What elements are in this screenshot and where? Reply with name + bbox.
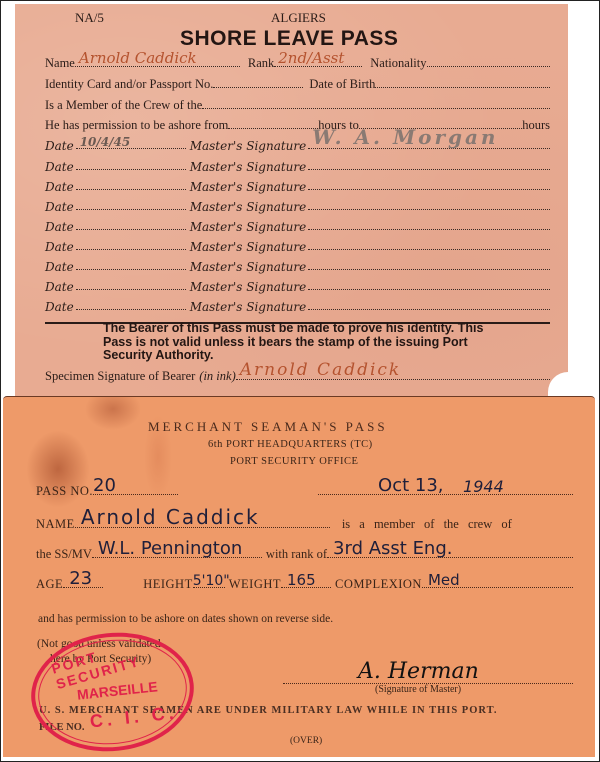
rank-label: Rank [248, 56, 274, 71]
stamp-top-text: PORT SECURITY [50, 624, 189, 692]
date-row: Date 10/4/45 Master's Signature W. A. Mo… [45, 133, 550, 153]
rank-field: 2nd/Asst [274, 65, 362, 67]
stamp-bottom-text: C. I. C. [89, 702, 179, 732]
master-signature-field [308, 249, 550, 250]
pass-no-label: PASS NO. [36, 484, 93, 499]
pass-no-field: 20 [93, 493, 178, 495]
name-field: Arnold Caddick [75, 65, 240, 67]
issue-date-value: Oct 13, [378, 475, 443, 496]
master-signature-caption: (Signature of Master) [375, 684, 461, 695]
headquarters-line: 6th PORT HEADQUARTERS (TC) [208, 439, 373, 450]
dob-field [375, 86, 550, 88]
complexion-label: COMPLEXION [335, 577, 422, 592]
master-signature-label: Master's Signature [190, 139, 307, 153]
date-field [76, 269, 186, 270]
age-field: 23 [63, 586, 103, 588]
date-row: Date Master's Signature [45, 254, 550, 274]
id-row: Identity Card and/or Passport No. Date o… [45, 72, 550, 92]
master-signature-field [308, 209, 550, 210]
specimen-signature-field: Arnold Caddick [236, 378, 550, 380]
complexion-field: Med [422, 586, 573, 588]
date-field [76, 249, 186, 250]
height-value: 5'10" [193, 573, 230, 589]
date-field: 10/4/45 [76, 148, 186, 149]
merchant-seamans-pass: MERCHANT SEAMAN'S PASS 6th PORT HEADQUAR… [3, 396, 595, 757]
ship-field: W.L. Pennington [92, 556, 262, 558]
master-signature-label: Master's Signature [190, 220, 307, 234]
name-rank-row: Name Arnold Caddick Rank 2nd/Asst Nation… [45, 51, 550, 71]
permission-text: and has permission to be ashore on dates… [38, 613, 333, 625]
date-row: Date Master's Signature [45, 194, 550, 214]
date-label: Date [45, 300, 74, 314]
issue-year-value: 1944 [463, 477, 504, 496]
master-signature-field [308, 189, 550, 190]
date-row: Date Master's Signature [45, 234, 550, 254]
date-field [76, 309, 186, 310]
date-label: Date [45, 160, 74, 174]
hours-label: hours [522, 118, 550, 133]
from-hours-field [228, 127, 318, 129]
rank-value: 2nd/Asst [278, 49, 344, 67]
ship-row: the SS/MV W.L. Pennington with rank of 3… [36, 542, 573, 562]
stamp-city-text: MARSEILLE [76, 678, 158, 702]
master-signature-label: Master's Signature [190, 240, 307, 254]
document-title: MERCHANT SEAMAN'S PASS [148, 419, 388, 435]
master-signature-label: Master's Signature [190, 280, 307, 294]
pass-number-row: PASS NO. 20 Oct 13, 1944 [36, 479, 573, 499]
master-signature-label: Master's Signature [190, 160, 307, 174]
rank-label: with rank of [266, 547, 327, 562]
weight-label: WEIGHT [229, 577, 281, 592]
weight-value: 165 [287, 571, 316, 589]
date-row: Date Master's Signature [45, 174, 550, 194]
master-signature-field [308, 289, 550, 290]
specimen-label: Specimen Signature of Bearer [45, 369, 195, 384]
master-signature-field [308, 309, 550, 310]
date-field [76, 169, 186, 170]
date-label: Date [45, 240, 74, 254]
age-label: AGE [36, 577, 63, 592]
ship-value: W.L. Pennington [98, 538, 242, 559]
height-label: HEIGHT [143, 577, 193, 592]
name-label: Name [45, 56, 75, 71]
name-label: NAME [36, 517, 75, 532]
date-label: Date [45, 280, 74, 294]
validity-notice: The Bearer of this Pass must be made to … [103, 322, 503, 363]
date-field [76, 209, 186, 210]
height-field: 5'10" [193, 586, 225, 588]
name-value: Arnold Caddick [79, 49, 197, 67]
office-line: PORT SECURITY OFFICE [230, 456, 358, 467]
over-label: (OVER) [290, 736, 322, 746]
master-signature: A. Herman [358, 659, 479, 684]
master-signature-value: W. A. Morgan [312, 125, 498, 149]
date-field [76, 289, 186, 290]
name-value: Arnold Caddick [81, 505, 260, 529]
date-label: Date [45, 180, 74, 194]
shore-leave-pass: NA/5 ALGIERS SHORE LEAVE PASS Name Arnol… [15, 4, 568, 396]
date-row: Date Master's Signature [45, 214, 550, 234]
rank-value: 3rd Asst Eng. [333, 538, 452, 559]
id-label: Identity Card and/or Passport No. [45, 77, 213, 92]
rank-field: 3rd Asst Eng. [327, 556, 573, 558]
specimen-signature-value: Arnold Caddick [240, 360, 401, 380]
crew-label: Is a Member of the Crew of the [45, 98, 202, 113]
master-signature-label: Master's Signature [190, 200, 307, 214]
master-signature-label: Master's Signature [190, 260, 307, 274]
date-label: Date [45, 139, 74, 153]
permission-label: He has permission to be ashore from [45, 118, 228, 133]
id-field [213, 86, 303, 88]
master-signature-field [308, 269, 550, 270]
age-value: 23 [69, 568, 92, 589]
date-label: Date [45, 200, 74, 214]
complexion-value: Med [428, 571, 460, 589]
crew-field [202, 107, 550, 109]
nationality-label: Nationality [370, 56, 426, 71]
folded-corner [548, 372, 568, 396]
nationality-field [427, 65, 551, 67]
dob-label: Date of Birth [309, 77, 375, 92]
date-value: 10/4/45 [80, 135, 131, 149]
master-signature-field [308, 169, 550, 170]
weight-field: 165 [281, 586, 331, 588]
location: ALGIERS [271, 10, 326, 26]
issue-date-field: Oct 13, 1944 [318, 493, 573, 495]
specimen-note: (in ink) [199, 369, 235, 384]
master-signature-label: Master's Signature [190, 180, 307, 194]
ship-label: the SS/MV [36, 547, 92, 562]
date-row: Date Master's Signature [45, 294, 550, 314]
specimen-row: Specimen Signature of Bearer (in ink) Ar… [45, 364, 550, 384]
physical-row: AGE 23 HEIGHT 5'10" WEIGHT 165 COMPLEXIO… [36, 572, 573, 592]
date-field [76, 189, 186, 190]
name-field: Arnold Caddick [75, 526, 330, 528]
name-row: NAME Arnold Caddick is a member of the c… [36, 512, 573, 532]
form-code: NA/5 [75, 10, 104, 26]
date-label: Date [45, 220, 74, 234]
date-field [76, 229, 186, 230]
pass-no-value: 20 [93, 475, 116, 496]
master-signature-label: Master's Signature [190, 300, 307, 314]
date-label: Date [45, 260, 74, 274]
member-text: is a member of the crew of [342, 517, 512, 532]
crew-row: Is a Member of the Crew of the [45, 93, 550, 113]
master-signature-field [308, 229, 550, 230]
date-row: Date Master's Signature [45, 154, 550, 174]
date-row: Date Master's Signature [45, 274, 550, 294]
document-title: SHORE LEAVE PASS [180, 27, 398, 51]
master-signature-field: W. A. Morgan [308, 148, 550, 149]
